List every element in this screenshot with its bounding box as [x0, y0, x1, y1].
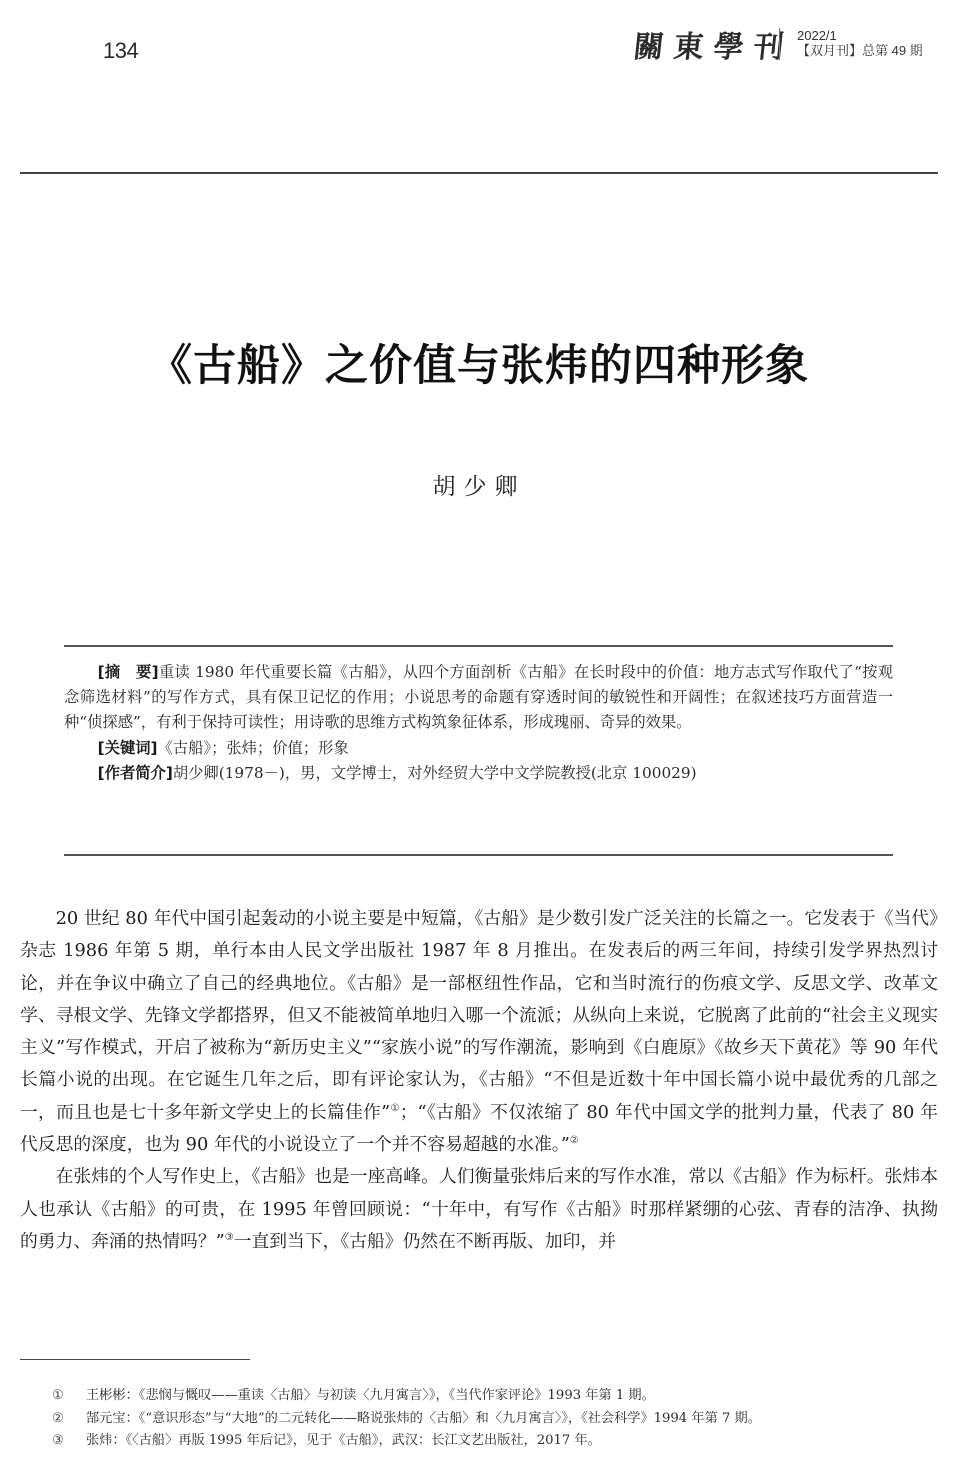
abstract-block: [摘 要]重读 1980 年代重要长篇《古船》，从四个方面剖析《古船》在长时段中… — [64, 660, 893, 786]
issue-year: 2022/1 — [797, 28, 923, 43]
header-rule — [20, 172, 938, 174]
footnote-mark: ② — [52, 1408, 86, 1431]
page-number: 134 — [103, 38, 138, 64]
footnote-ref-3[interactable]: ③ — [225, 1232, 234, 1243]
article-body: 20 世纪 80 年代中国引起轰动的小说主要是中短篇，《古船》是少数引发广泛关注… — [20, 903, 938, 1258]
keywords-text: 《古船》；张炜；价值；形象 — [158, 739, 349, 757]
footnote-ref-2[interactable]: ② — [570, 1135, 579, 1146]
footnote-rule — [20, 1359, 250, 1360]
body-text-segment: 20 世纪 80 年代中国引起轰动的小说主要是中短篇，《古船》是少数引发广泛关注… — [20, 908, 938, 1123]
body-paragraph-2: 在张炜的个人写作史上，《古船》也是一座高峰。人们衡量张炜后来的写作水准，常以《古… — [20, 1161, 938, 1258]
abstract-paragraph: [摘 要]重读 1980 年代重要长篇《古船》，从四个方面剖析《古船》在长时段中… — [64, 660, 893, 736]
issue-info: 2022/1 【双月刊】总第 49 期 — [797, 28, 923, 58]
abstract-label: [摘 要] — [98, 663, 159, 681]
footnote-mark: ③ — [52, 1430, 86, 1453]
footnotes: ① 王彬彬：《悲悯与慨叹——重读〈古船〉与初读〈九月寓言〉》，《当代作家评论》1… — [52, 1385, 932, 1453]
issue-detail: 【双月刊】总第 49 期 — [797, 43, 923, 58]
footnote-text: 王彬彬：《悲悯与慨叹——重读〈古船〉与初读〈九月寓言〉》，《当代作家评论》199… — [86, 1385, 655, 1408]
author-bio-text: 胡少卿(1978－)，男，文学博士，对外经贸大学中文学院教授(北京 100029… — [173, 764, 697, 782]
author-bio-label: [作者简介] — [98, 764, 173, 782]
article-author: 胡少卿 — [0, 468, 958, 501]
body-paragraph-1: 20 世纪 80 年代中国引起轰动的小说主要是中短篇，《古船》是少数引发广泛关注… — [20, 903, 938, 1161]
footnote-mark: ① — [52, 1385, 86, 1408]
footnote-2: ② 郜元宝：《“意识形态”与“大地”的二元转化——略说张炜的〈古船〉和〈九月寓言… — [52, 1408, 932, 1431]
article-title: 《古船》之价值与张炜的四种形象 — [0, 332, 958, 393]
author-bio-line: [作者简介]胡少卿(1978－)，男，文学博士，对外经贸大学中文学院教授(北京 … — [64, 761, 893, 786]
abstract-top-rule — [64, 645, 893, 647]
footnote-ref-1[interactable]: ① — [390, 1103, 400, 1114]
body-text-segment: 一直到当下，《古船》仍然在不断再版、加印，并 — [234, 1231, 616, 1252]
abstract-bottom-rule — [64, 854, 893, 856]
footnote-text: 郜元宝：《“意识形态”与“大地”的二元转化——略说张炜的〈古船〉和〈九月寓言〉》… — [86, 1408, 761, 1431]
journal-logo: 關東學刊 — [632, 22, 797, 66]
abstract-text: 重读 1980 年代重要长篇《古船》，从四个方面剖析《古船》在长时段中的价值：地… — [64, 663, 893, 731]
header-divider — [779, 28, 780, 60]
footnote-1: ① 王彬彬：《悲悯与慨叹——重读〈古船〉与初读〈九月寓言〉》，《当代作家评论》1… — [52, 1385, 932, 1408]
footnote-text: 张炜：《〈古船〉再版 1995 年后记》，见于《古船》，武汉：长江文艺出版社，2… — [86, 1430, 601, 1453]
keywords-line: [关键词]《古船》；张炜；价值；形象 — [64, 736, 893, 761]
footnote-3: ③ 张炜：《〈古船〉再版 1995 年后记》，见于《古船》，武汉：长江文艺出版社… — [52, 1430, 932, 1453]
keywords-label: [关键词] — [98, 739, 158, 757]
